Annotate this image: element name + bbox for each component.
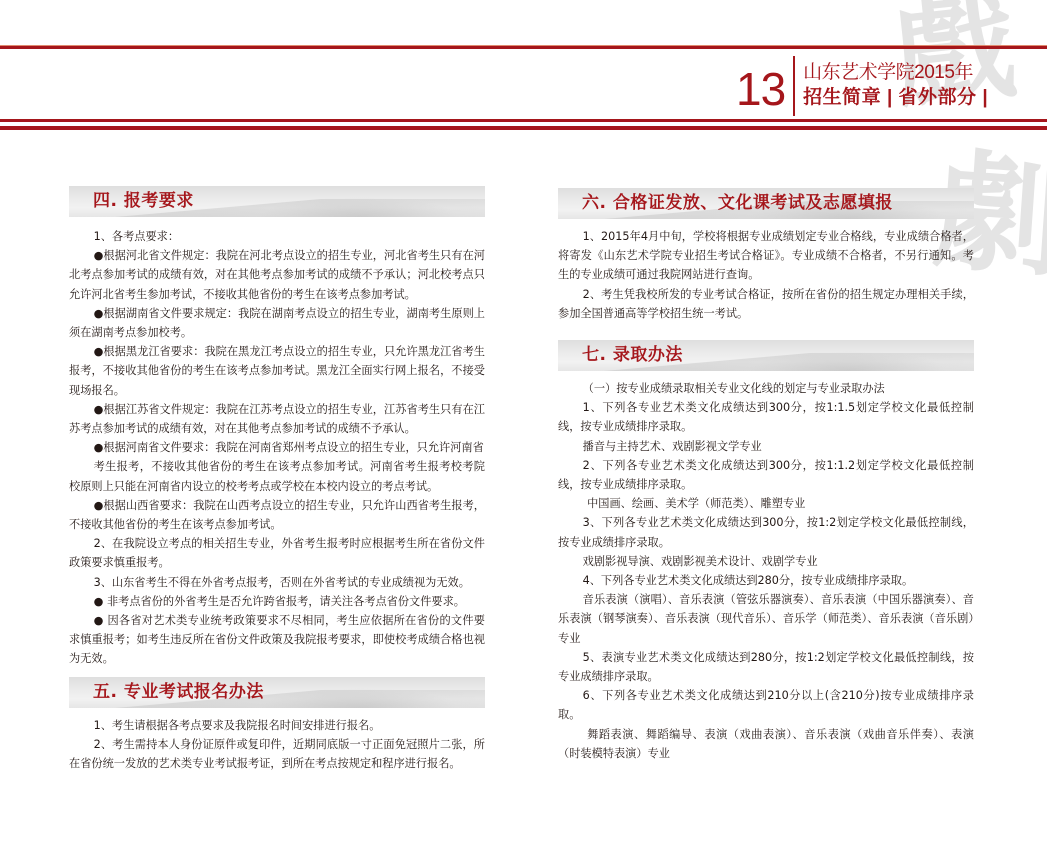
paragraph: 4、下列各专业艺术类文化成绩达到280分，按专业成绩排序录取。 [558,571,974,590]
header-double-rule-upper [0,119,1047,122]
brochure-subtitle: 招生简章 | 省外部分 | [803,85,988,111]
paragraph: 2、考生需持本人身份证原件或复印件，近期同底版一寸正面免冠照片二张，所在省份统一… [69,735,485,773]
section-heading-band: 六. 合格证发放、文化课考试及志愿填报 [558,188,974,219]
section-7-title: 七. 录取办法 [582,344,683,366]
paragraph: 5、表演专业艺术类文化成绩达到280分，按1:2划定学校文化最低控制线，按专业成… [558,648,974,686]
paragraph: 6、下列各专业艺术类文化成绩达到210分以上(含210分)按专业成绩排序录取。 [558,686,974,724]
paragraph: 戏剧影视导演、戏剧影视美术设计、戏剧学专业 [558,552,974,571]
header-titles: 山东艺术学院2015年 招生简章 | 省外部分 | [803,61,988,111]
paragraph: 1、下列各专业艺术类文化成绩达到300分，按1:1.5划定学校文化最低控制线，按… [558,398,974,436]
paragraph: 播音与主持艺术、戏剧影视文学专业 [558,437,974,456]
paragraph: ●根据江苏省文件规定：我院在江苏考点设立的招生专业，江苏省考生只有在江苏考点参加… [69,400,485,438]
header-double-rule-lower [0,126,1047,130]
header-divider [793,56,795,116]
right-column: 六. 合格证发放、文化课考试及志愿填报 1、2015年4月中旬，学校将根据专业成… [558,188,974,763]
paragraph: 考生报考，不接收其他省份的考生在该考点参加考试。河南省考生报考校考院校原则上只能… [69,457,485,495]
paragraph: 1、各考点要求： [69,227,485,246]
paragraph: 3、下列各专业艺术类文化成绩达到300分，按1:2划定学校文化最低控制线，按专业… [558,513,974,551]
spacer [558,323,974,340]
section-6-body: 1、2015年4月中旬，学校将根据专业成绩划定专业合格线，专业成绩合格者，将寄发… [558,227,974,323]
paragraph: （一）按专业成绩录取相关专业文化线的划定与专业录取办法 [558,379,974,398]
section-4-body: 1、各考点要求： ●根据河北省文件规定：我院在河北考点设立的招生专业，河北省考生… [69,225,485,669]
paragraph: 2、考生凭我校所发的专业考试合格证，按所在省份的招生规定办理相关手续，参加全国普… [558,285,974,323]
paragraph: 音乐表演（演唱）、音乐表演（管弦乐器演奏）、音乐表演（中国乐器演奏）、音乐表演（… [558,590,974,648]
paragraph: 2、在我院设立考点的相关招生专业，外省考生报考时应根据考生所在省份文件政策要求慎… [69,534,485,572]
section-5-title: 五. 专业考试报名办法 [93,681,264,703]
paragraph: ●根据河南省文件要求：我院在河南省郑州考点设立的招生专业，只允许河南省 [69,438,485,457]
section-4-title: 四. 报考要求 [93,190,194,212]
left-column: 四. 报考要求 1、各考点要求： ●根据河北省文件规定：我院在河北考点设立的招生… [69,186,485,773]
school-year-title: 山东艺术学院2015年 [803,61,988,85]
page-header: 13 山东艺术学院2015年 招生简章 | 省外部分 | [736,58,988,114]
section-heading-band: 七. 录取办法 [558,340,974,371]
paragraph: ●根据湖南省文件要求规定：我院在湖南考点设立的招生专业，湖南考生原则上须在湖南考… [69,304,485,342]
section-6-title: 六. 合格证发放、文化课考试及志愿填报 [582,192,893,214]
paragraph: ●根据黑龙江省要求：我院在黑龙江考点设立的招生专业，只允许黑龙江省考生报考，不接… [69,342,485,400]
paragraph: ● 非考点省份的外省考生是否允许跨省报考，请关注各考点省份文件要求。 [69,592,485,611]
paragraph: 中国画、绘画、美术学（师范类）、雕塑专业 [558,494,974,513]
page-number: 13 [736,66,785,112]
paragraph: 舞蹈表演、舞蹈编导、表演（戏曲表演）、音乐表演（戏曲音乐伴奏）、表演（时装模特表… [558,725,974,763]
section-7-body: （一）按专业成绩录取相关专业文化线的划定与专业录取办法 1、下列各专业艺术类文化… [558,379,974,763]
paragraph: 1、考生请根据各考点要求及我院报名时间安排进行报名。 [69,716,485,735]
section-5-body: 1、考生请根据各考点要求及我院报名时间安排进行报名。 2、考生需持本人身份证原件… [69,716,485,774]
paragraph: 3、山东省考生不得在外省考点报考，否则在外省考试的专业成绩视为无效。 [69,573,485,592]
header-top-rule [0,45,1047,49]
spacer [69,669,485,677]
section-heading-band: 四. 报考要求 [69,186,485,217]
paragraph: ●根据山西省要求：我院在山西考点设立的招生专业，只允许山西省考生报考，不接收其他… [69,496,485,534]
paragraph: ●根据河北省文件规定：我院在河北考点设立的招生专业，河北省考生只有在河北考点参加… [69,246,485,304]
paragraph: 1、2015年4月中旬，学校将根据专业成绩划定专业合格线，专业成绩合格者，将寄发… [558,227,974,285]
paragraph: 2、下列各专业艺术类文化成绩达到300分，按1:1.2划定学校文化最低控制线，按… [558,456,974,494]
section-heading-band: 五. 专业考试报名办法 [69,677,485,708]
paragraph: ● 因各省对艺术类专业统考政策要求不尽相同，考生应依据所在省份的文件要求慎重报考… [69,611,485,669]
